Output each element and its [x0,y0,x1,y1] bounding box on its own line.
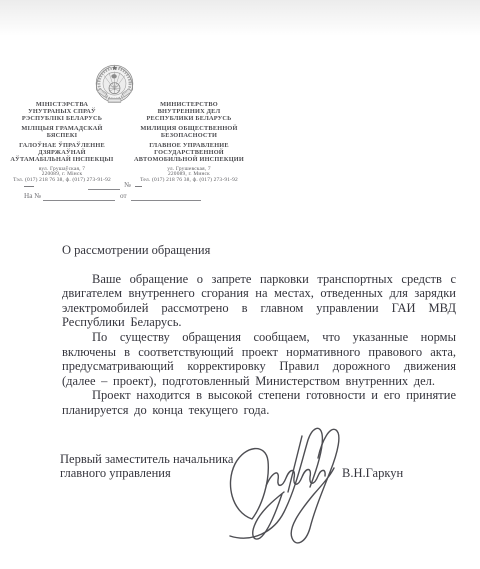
handwritten-signature [222,424,352,550]
letterhead-column-russian: МИНИСТЕРСТВО ВНУТРЕННИХ ДЕЛ РЕСПУБЛИКИ Б… [126,102,252,184]
scan-top-shadow [0,0,480,36]
department-name-by: ГАЛОЎНАЕ ЎПРАЎЛЕННЕ ДЗЯРЖАЎНАЙ АЎТАМАБІЛ… [4,143,120,163]
scanned-letter-page: МІНІСТЭРСТВА УНУТРАНЫХ СПРАЎ РЭСПУБЛІКІ … [0,0,480,569]
letterhead-line: РЭСПУБЛІКІ БЕЛАРУСЬ [4,116,120,123]
handwritten-dash-mark [135,186,142,187]
letterhead-line: БЕЗОПАСНОСТИ [126,133,252,140]
body-paragraph: Проект находится в высокой степени готов… [62,388,456,417]
address-by: вул. Грушаўская, 7 220089, г. Мінск Тэл.… [4,167,120,184]
outgoing-date-blank-line [88,189,120,190]
department-name-ru: ГЛАВНОЕ УПРАВЛЕНИЕ ГОСУДАРСТВЕННОЙ АВТОМ… [126,143,252,163]
number-sign-label: № [124,181,131,189]
coat-of-arms-emblem-icon [92,63,137,107]
body-paragraph: Ваше обращение о запрете парковки трансп… [62,272,456,330]
phone-line: Тэл. (017) 218 76 38, ф. (017) 273-91-92 [4,178,120,184]
on-number-label: На № [24,192,41,200]
ministry-name-ru: МИНИСТЕРСТВО ВНУТРЕННИХ ДЕЛ РЕСПУБЛИКИ Б… [126,102,252,122]
subject-line: О рассмотрении обращения [62,243,456,258]
body-paragraph: По существу обращения сообщаем, что указ… [62,330,456,388]
phone-line: Тел. (017) 218 76 38, ф. (017) 273-91-92 [126,178,252,184]
ministry-name-by: МІНІСТЭРСТВА УНУТРАНЫХ СПРАЎ РЭСПУБЛІКІ … [4,102,120,122]
militia-name-ru: МИЛИЦИЯ ОБЩЕСТВЕННОЙ БЕЗОПАСНОСТИ [126,126,252,140]
from-date-label: от [120,192,127,200]
letterhead-line: БЯСПЕКІ [4,133,120,140]
letterhead-line: АВТОМОБИЛЬНОЙ ИНСПЕКЦИИ [126,157,252,164]
incoming-number-blank-line [43,200,115,201]
militia-name-by: МІЛІЦЫЯ ГРАМАДСКАЙ БЯСПЕКІ [4,126,120,140]
letterhead-column-belarusian: МІНІСТЭРСТВА УНУТРАНЫХ СПРАЎ РЭСПУБЛІКІ … [4,102,120,184]
letterhead-line: РЕСПУБЛИКИ БЕЛАРУСЬ [126,116,252,123]
letter-body: О рассмотрении обращения Ваше обращение … [62,243,456,418]
incoming-date-blank-line [131,200,201,201]
handwritten-dash-mark [24,186,34,187]
address-ru: ул. Грушевская, 7 220089, г. Минск Тел. … [126,167,252,184]
letterhead-line: АЎТАМАБІЛЬНАЙ ІНСПЕКЦЫІ [4,157,120,164]
